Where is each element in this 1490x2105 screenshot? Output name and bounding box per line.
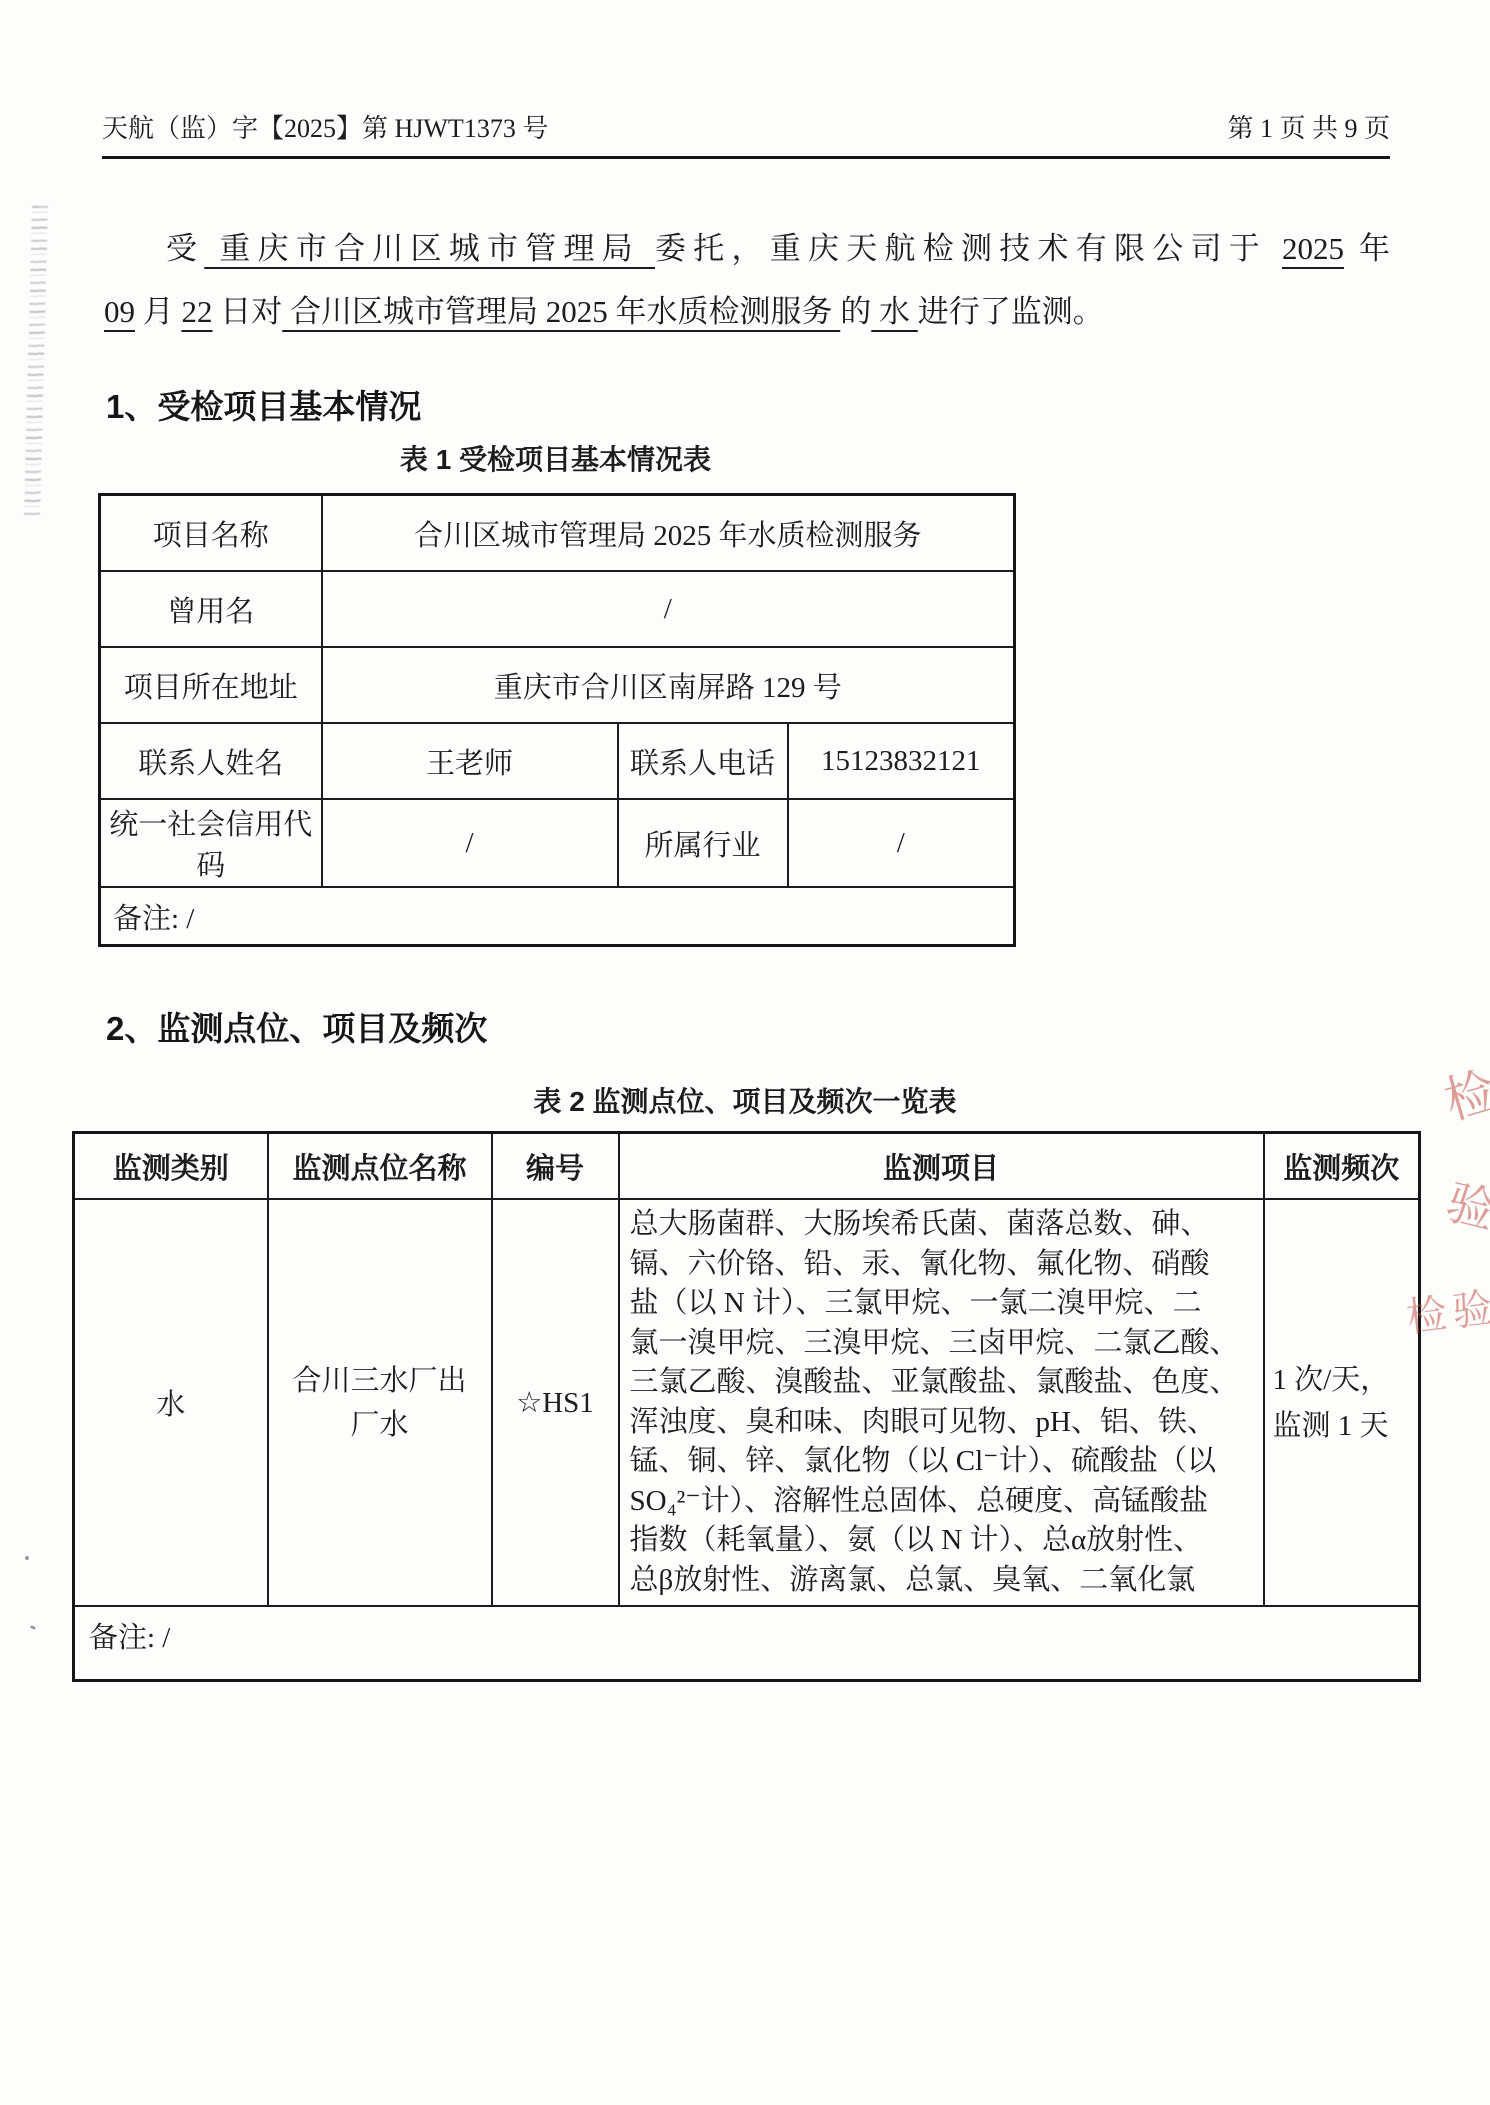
col-header-frequency: 监测频次 [1264,1133,1420,1200]
former-name-value: / [322,571,1015,647]
table-row: 项目名称 合川区城市管理局 2025 年水质检测服务 [100,495,1015,572]
monitoring-site: 合川三水厂出 厂水 [268,1199,492,1606]
underlined-fill-in: 合川区城市管理局 2025 年水质检测服务 [282,294,840,329]
credit-code-label: 统一社会信用代码 [100,799,322,887]
monitoring-frequency: 1 次/天， 监测 1 天 [1264,1199,1420,1606]
monitoring-items: 总大肠菌群、大肠埃希氏菌、菌落总数、砷、 镉、六价铬、铅、汞、氰化物、氟化物、硝… [619,1199,1264,1606]
underlined-fill-in: 09 [104,294,135,329]
table-2-remark: 备注: / [74,1606,1420,1681]
section-2-heading: 2、监测点位、项目及频次 [106,1009,1490,1049]
table-row: 联系人姓名 王老师 联系人电话 15123832121 [100,723,1015,799]
page-header: 天航（监）字【2025】第 HJWT1373 号 第 1 页 共 9 页 [102,0,1390,159]
contact-name-label: 联系人姓名 [100,723,322,799]
industry-value: / [788,799,1015,887]
paragraph-text: 进行了监测。 [918,294,1104,329]
paragraph-text: 日对 [213,294,283,329]
red-stamp-fragment-icon: 检 [1435,1051,1490,1134]
paragraph-text: 委托，重庆天航检测技术有限公司于 [655,231,1282,266]
table-row: 水 合川三水厂出 厂水 ☆HS1 总大肠菌群、大肠埃希氏菌、菌落总数、砷、 镉、… [74,1199,1420,1606]
table-row: 备注: / [100,887,1015,946]
contact-phone-value: 15123832121 [788,723,1015,799]
underlined-fill-in: 重庆市合川区城市管理局 [204,231,655,266]
intro-line-1: 受 重庆市合川区城市管理局 委托，重庆天航检测技术有限公司于 2025 年 [104,217,1390,280]
table-row: 统一社会信用代码 / 所属行业 / [100,799,1015,887]
document-number: 天航（监）字【2025】第 HJWT1373 号 [102,114,548,144]
col-header-category: 监测类别 [74,1133,268,1200]
industry-label: 所属行业 [618,799,788,887]
underlined-fill-in: 22 [182,294,213,329]
table-row: 备注: / [74,1606,1420,1681]
table-row: 项目所在地址 重庆市合川区南屏路 129 号 [100,647,1015,723]
table-1-caption: 表 1 受检项目基本情况表 [98,443,1013,477]
col-header-site: 监测点位名称 [268,1133,492,1200]
underlined-fill-in: 水 [871,294,918,329]
col-header-items: 监测项目 [619,1133,1264,1200]
table-1-project-info: 项目名称 合川区城市管理局 2025 年水质检测服务 曾用名 / 项目所在地址 … [98,493,1016,947]
monitoring-category: 水 [74,1199,268,1606]
table-header-row: 监测类别 监测点位名称 编号 监测项目 监测频次 [74,1133,1420,1200]
credit-code-value: / [322,799,618,887]
contact-name-value: 王老师 [322,723,618,799]
table-2-caption: 表 2 监测点位、项目及频次一览表 [72,1085,1418,1119]
table-1-remark: 备注: / [100,887,1015,946]
former-name-label: 曾用名 [100,571,322,647]
paragraph-text: 月 [135,294,182,329]
project-address-label: 项目所在地址 [100,647,322,723]
section-1-heading: 1、受检项目基本情况 [106,387,1490,427]
margin-scrawl [24,206,48,516]
col-header-code: 编号 [492,1133,619,1200]
page-indicator: 第 1 页 共 9 页 [1227,114,1390,144]
contact-phone-label: 联系人电话 [618,723,788,799]
table-2-monitoring-plan: 监测类别 监测点位名称 编号 监测项目 监测频次 水 合川三水厂出 厂水 ☆HS… [72,1131,1421,1682]
scan-speck [30,1625,37,1630]
intro-paragraph: 受 重庆市合川区城市管理局 委托，重庆天航检测技术有限公司于 2025 年 09… [104,217,1390,343]
table-row: 曾用名 / [100,571,1015,647]
paragraph-text: 年 [1344,231,1390,266]
project-name-label: 项目名称 [100,495,322,572]
intro-line-2: 09 月 22 日对 合川区城市管理局 2025 年水质检测服务 的 水 进行了… [104,280,1390,343]
underlined-fill-in: 2025 [1282,231,1344,266]
scan-speck [25,1556,29,1560]
project-address-value: 重庆市合川区南屏路 129 号 [322,647,1015,723]
paragraph-text: 受 [166,231,204,266]
paragraph-text: 的 [840,294,871,329]
red-stamp-fragment-icon: 验 [1440,1163,1490,1242]
project-name-value: 合川区城市管理局 2025 年水质检测服务 [322,495,1015,572]
scanned-report-page: 检 验 检验检 天航（监）字【2025】第 HJWT1373 号 第 1 页 共… [0,0,1490,2105]
monitoring-code: ☆HS1 [492,1199,619,1606]
